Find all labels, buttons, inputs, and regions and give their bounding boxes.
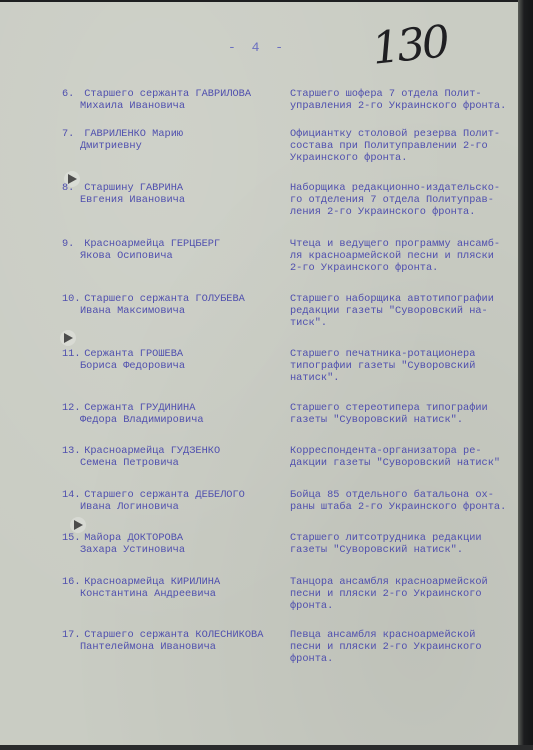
given-names: Семена Петровича: [62, 457, 282, 469]
recipient-position: Чтеца и ведущего программу ансамб- ля кр…: [290, 238, 520, 274]
scan-right-edge: [518, 0, 533, 750]
punch-hole-icon: [74, 520, 83, 530]
recipient-position: Старшего наборщика автотипографии редакц…: [290, 293, 520, 329]
recipient-position: Певца ансамбля красноармейской песни и п…: [290, 629, 520, 665]
given-names: Константина Андреевича: [62, 588, 282, 600]
recipient-position: Танцора ансамбля красноармейской песни и…: [290, 576, 520, 612]
given-names: Якова Осиповича: [62, 250, 282, 262]
recipient-name: 7. ГАВРИЛЕНКО МариюДмитриевну: [62, 128, 282, 152]
recipient-position: Официантку столовой резерва Полит- соста…: [290, 128, 520, 164]
entry-number: 10.: [62, 293, 78, 305]
recipient-position: Корреспондента-организатора ре- дакции г…: [290, 445, 520, 469]
recipient-position: Бойца 85 отдельного батальона ох- раны ш…: [290, 489, 520, 513]
rank-surname: Старшего сержанта ГОЛУБЕВА: [84, 293, 245, 305]
given-names: Михаила Ивановича: [62, 100, 282, 112]
entry-number: 6.: [62, 88, 78, 100]
entry-number: 12.: [62, 402, 78, 414]
entry-number: 11.: [62, 348, 78, 360]
given-names: Захара Устиновича: [62, 544, 282, 556]
recipient-name: 12. Сержанта ГРУДИНИНАФедора Владимирови…: [62, 402, 282, 426]
entry-number: 14.: [62, 489, 78, 501]
rank-surname: Старшего сержанта ГАВРИЛОВА: [84, 88, 251, 100]
recipient-position: Старшего стереотипера типографии газеты …: [290, 402, 520, 426]
given-names: Ивана Логиновича: [62, 501, 282, 513]
rank-surname: ГАВРИЛЕНКО Марию: [84, 128, 183, 140]
punch-hole-icon: [64, 333, 73, 343]
given-names: Федора Владимировича: [62, 414, 282, 426]
recipient-name: 15. Майора ДОКТОРОВАЗахара Устиновича: [62, 532, 282, 556]
handwritten-folio-number: 130: [370, 16, 450, 75]
rank-surname: Сержанта ГРУДИНИНА: [84, 402, 195, 414]
entry-number: 13.: [62, 445, 78, 457]
rank-surname: Красноармейца ГУДЗЕНКО: [84, 445, 220, 457]
recipient-name: 10. Старшего сержанта ГОЛУБЕВАИвана Макс…: [62, 293, 282, 317]
document-page: - 4 - 130 6. Старшего сержанта ГАВРИЛОВА…: [0, 2, 522, 746]
given-names: Пантелеймона Ивановича: [62, 641, 282, 653]
given-names: Евгения Ивановича: [62, 194, 282, 206]
entry-number: 7.: [62, 128, 78, 140]
rank-surname: Старшего сержанта КОЛЕСНИКОВА: [84, 629, 263, 641]
recipient-position: Старшего шофера 7 отдела Полит- управлен…: [290, 88, 520, 112]
given-names: Бориса Федоровича: [62, 360, 282, 372]
recipient-name: 11. Сержанта ГРОШЕВАБориса Федоровича: [62, 348, 282, 372]
scan-bottom-edge: [0, 745, 533, 750]
recipient-name: 16. Красноармейца КИРИЛИНАКонстантина Ан…: [62, 576, 282, 600]
rank-surname: Старшину ГАВРИНА: [84, 182, 183, 194]
recipient-name: 8. Старшину ГАВРИНАЕвгения Ивановича: [62, 182, 282, 206]
rank-surname: Старшего сержанта ДЕБЕЛОГО: [84, 489, 245, 501]
recipient-name: 6. Старшего сержанта ГАВРИЛОВАМихаила Ив…: [62, 88, 282, 112]
recipient-position: Старшего печатника-ротационера типографи…: [290, 348, 520, 384]
entry-number: 15.: [62, 532, 78, 544]
recipient-name: 9. Красноармейца ГЕРЦБЕРГЯкова Осиповича: [62, 238, 282, 262]
entry-number: 9.: [62, 238, 78, 250]
rank-surname: Майора ДОКТОРОВА: [84, 532, 183, 544]
recipient-position: Старшего литсотрудника редакции газеты "…: [290, 532, 520, 556]
recipient-name: 13. Красноармейца ГУДЗЕНКОСемена Петрови…: [62, 445, 282, 469]
entry-number: 16.: [62, 576, 78, 588]
page-number: - 4 -: [228, 40, 287, 55]
entry-number: 17.: [62, 629, 78, 641]
rank-surname: Сержанта ГРОШЕВА: [84, 348, 183, 360]
given-names: Ивана Максимовича: [62, 305, 282, 317]
entry-number: 8.: [62, 182, 78, 194]
recipient-position: Наборщика редакционно-издательско- го от…: [290, 182, 520, 218]
recipient-name: 17. Старшего сержанта КОЛЕСНИКОВАПантеле…: [62, 629, 282, 653]
recipient-name: 14. Старшего сержанта ДЕБЕЛОГОИвана Логи…: [62, 489, 282, 513]
rank-surname: Красноармейца КИРИЛИНА: [84, 576, 220, 588]
given-names: Дмитриевну: [62, 140, 282, 152]
rank-surname: Красноармейца ГЕРЦБЕРГ: [84, 238, 220, 250]
